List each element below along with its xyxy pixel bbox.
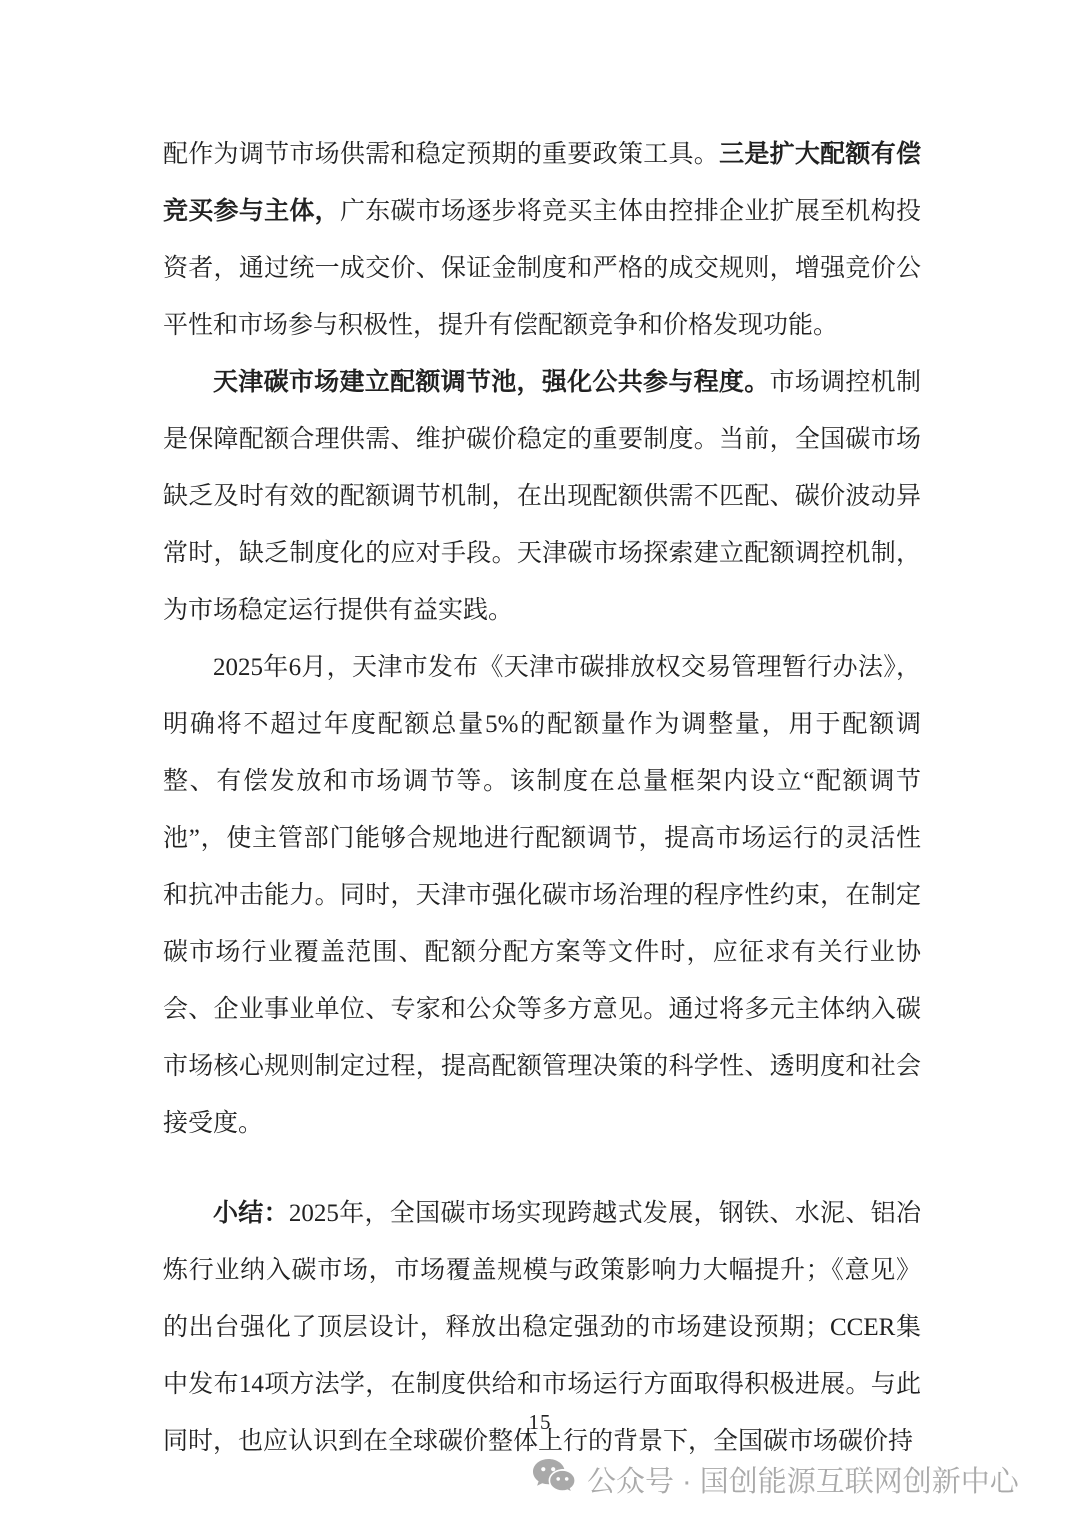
paragraph: 天津碳市场建立配额调节池，强化公共参与程度。市场调控机制是保障配额合理供需、维护… (163, 354, 921, 639)
text-segment-bold: 天津碳市场建立配额调节池，强化公共参与程度。 (213, 369, 770, 396)
watermark-footer: 公众号 · 国创能源互联网创新中心 (531, 1453, 1019, 1505)
text-segment: 配作为调节市场供需和稳定预期的重要政策工具。 (163, 141, 719, 168)
document-body: 配作为调节市场供需和稳定预期的重要政策工具。三是扩大配额有偿竞买参与主体，广东碳… (163, 126, 921, 1470)
text-segment: 2025年6月，天津市发布《天津市碳排放权交易管理暂行办法》，明确将不超过年度配… (163, 654, 921, 1137)
document-page: 配作为调节市场供需和稳定预期的重要政策工具。三是扩大配额有偿竞买参与主体，广东碳… (0, 0, 1080, 1527)
wechat-icon (531, 1458, 577, 1500)
text-segment: 市场调控机制是保障配额合理供需、维护碳价稳定的重要制度。当前，全国碳市场缺乏及时… (163, 369, 921, 624)
text-segment-bold: 小结： (213, 1200, 289, 1227)
watermark-text: 公众号 · 国创能源互联网创新中心 (587, 1459, 1019, 1500)
paragraph: 2025年6月，天津市发布《天津市碳排放权交易管理暂行办法》，明确将不超过年度配… (163, 639, 921, 1152)
page-number: 15 (0, 1410, 1080, 1435)
paragraph: 配作为调节市场供需和稳定预期的重要政策工具。三是扩大配额有偿竞买参与主体，广东碳… (163, 126, 921, 354)
